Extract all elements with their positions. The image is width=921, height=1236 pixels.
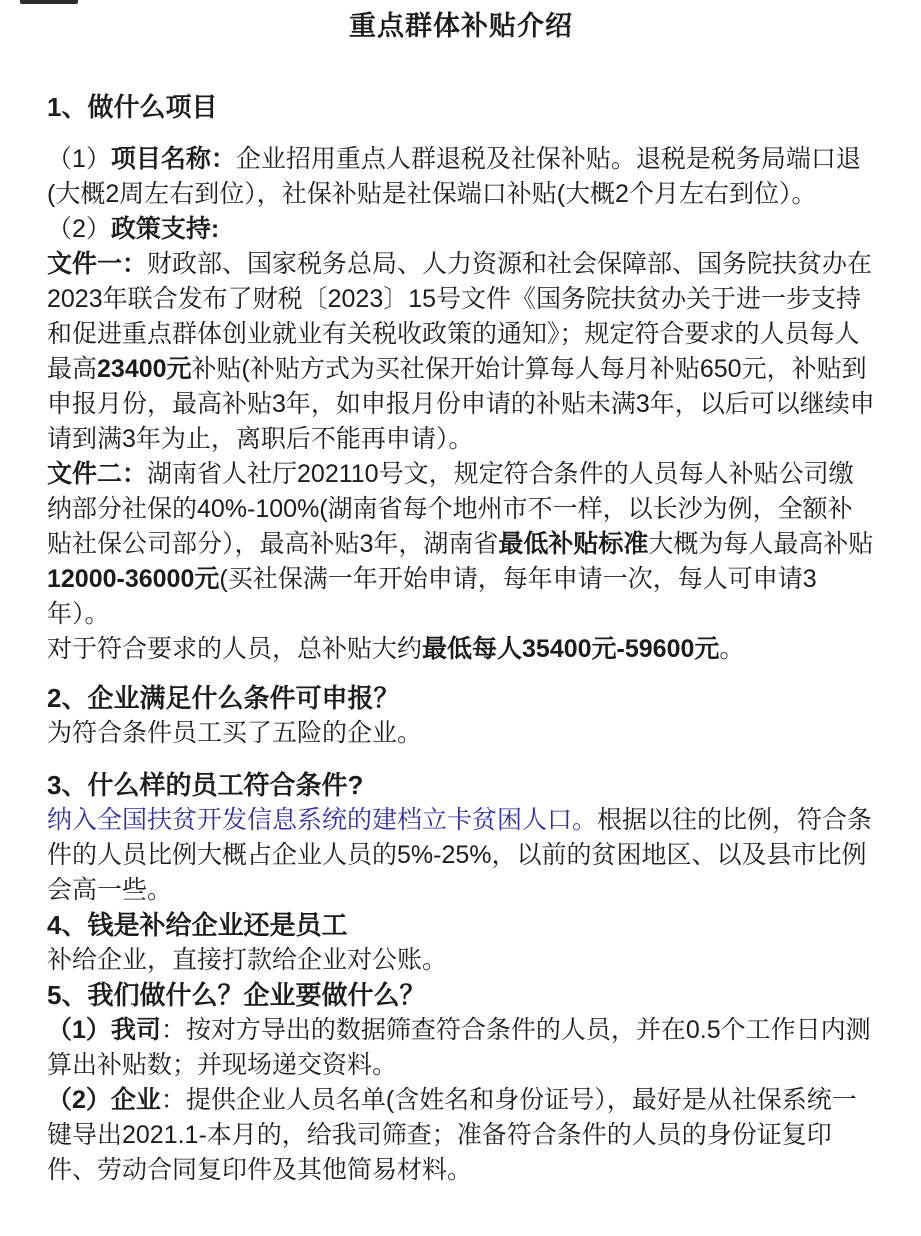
enterprise-text: ：提供企业人员名单(含姓名和身份证号），最好是从社保系统一键导出2021.1-本… xyxy=(47,1086,857,1184)
scan-artifact xyxy=(20,0,78,4)
section-4: 4、钱是补给企业还是员工 补给企业，直接打款给企业对公账。 xyxy=(47,908,875,978)
total-subsidy-text-a: 对于符合要求的人员，总补贴大约 xyxy=(47,635,422,663)
section-3: 3、什么样的员工符合条件? 纳入全国扶贫开发信息系统的建档立卡贫困人口。根据以往… xyxy=(47,768,875,908)
policy-support-label: 政策支持: xyxy=(111,215,219,243)
project-name-label: 项目名称： xyxy=(111,145,236,173)
section-4-heading: 4、钱是补给企业还是员工 xyxy=(47,908,875,943)
document-two-standard: 最低补贴标准 xyxy=(498,530,648,558)
paragraph-policy-support: （2）政策支持: xyxy=(47,212,875,247)
document-page: 重点群体补贴介绍 1、做什么项目 （1）项目名称：企业招用重点人群退税及社保补贴… xyxy=(0,0,921,1236)
document-two-label: 文件二： xyxy=(47,460,147,488)
paragraph-document-one: 文件一：财政部、国家税务总局、人力资源和社会保障部、国务院扶贫办在2023年联合… xyxy=(47,247,875,457)
our-company-label: （1）我司 xyxy=(47,1016,161,1044)
section-5-heading: 5、我们做什么？企业要做什么？ xyxy=(47,978,875,1013)
document-one-label: 文件一： xyxy=(47,250,147,278)
document-one-amount: 23400元 xyxy=(97,355,192,383)
total-subsidy-amount: 最低每人35400元-59600元 xyxy=(422,635,719,663)
total-subsidy-text-b: 。 xyxy=(719,635,744,663)
paragraph-enterprise: （2）企业：提供企业人员名单(含姓名和身份证号），最好是从社保系统一键导出202… xyxy=(47,1083,875,1188)
section-2-text: 为符合条件员工买了五险的企业。 xyxy=(47,716,875,751)
section-2: 2、企业满足什么条件可申报？ 为符合条件员工买了五险的企业。 xyxy=(47,681,875,751)
enterprise-label: （2）企业 xyxy=(47,1086,161,1114)
paragraph-document-two: 文件二：湖南省人社厅202110号文，规定符合条件的人员每人补贴公司缴纳部分社保… xyxy=(47,457,875,632)
section-5: 5、我们做什么？企业要做什么？ （1）我司：按对方导出的数据筛查符合条件的人员，… xyxy=(47,978,875,1188)
section-1-heading: 1、做什么项目 xyxy=(47,90,875,125)
document-two-text-b: 大概为每人最高补贴 xyxy=(648,530,873,558)
section-4-text: 补给企业，直接打款给企业对公账。 xyxy=(47,943,875,978)
paragraph-total-subsidy: 对于符合要求的人员，总补贴大约最低每人35400元-59600元。 xyxy=(47,632,875,667)
paragraph-project-name: （1）项目名称：企业招用重点人群退税及社保补贴。退税是税务局端口退(大概2周左右… xyxy=(47,142,875,212)
highlighted-poverty-population-text: 纳入全国扶贫开发信息系统的建档立卡贫困人口。 xyxy=(47,806,597,834)
section-3-paragraph: 纳入全国扶贫开发信息系统的建档立卡贫困人口。根据以往的比例，符合条件的人员比例大… xyxy=(47,803,875,908)
document-two-amount: 12000-36000元 xyxy=(47,565,219,593)
paragraph-our-company: （1）我司：按对方导出的数据筛查符合条件的人员，并在0.5个工作日内测算出补贴数… xyxy=(47,1013,875,1083)
our-company-text: ：按对方导出的数据筛查符合条件的人员，并在0.5个工作日内测算出补贴数；并现场递… xyxy=(47,1016,871,1079)
section-2-heading: 2、企业满足什么条件可申报？ xyxy=(47,681,875,716)
item-2-prefix: （2） xyxy=(47,215,111,243)
section-3-heading: 3、什么样的员工符合条件? xyxy=(47,768,875,803)
item-1-prefix: （1） xyxy=(47,145,111,173)
section-1: 1、做什么项目 （1）项目名称：企业招用重点人群退税及社保补贴。退税是税务局端口… xyxy=(47,90,875,667)
page-title: 重点群体补贴介绍 xyxy=(47,8,875,44)
